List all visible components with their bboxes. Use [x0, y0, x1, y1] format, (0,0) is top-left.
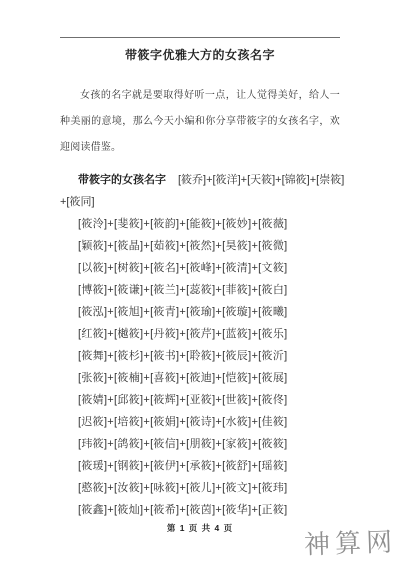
name-row: [筱泠]+[斐筱]+[筱韵]+[能筱]+[筱妙]+[筱薇]: [60, 213, 340, 235]
document-content: 带筱字优雅大方的女孩名字 女孩的名字就是要取得好听一点，让人觉得美好，给人一种美…: [0, 37, 400, 521]
header-divider: [60, 37, 340, 38]
name-row: [红筱]+[樾筱]+[丹筱]+[筱芹]+[蓝筱]+[筱乐]: [60, 323, 340, 345]
name-row: [筱泓]+[筱旭]+[筱青]+[筱瑜]+[筱璇]+[筱曦]: [60, 301, 340, 323]
names-lead-line: 带筱字的女孩名字[筱乔]+[筱洋]+[天筱]+[锦筱]+[崇筱]: [60, 169, 340, 191]
name-row: [筱婧]+[邱筱]+[筱辉]+[亚筱]+[世筱]+[筱佟]: [60, 389, 340, 411]
name-row: [张筱]+[筱楠]+[喜筱]+[筱迪]+[恺筱]+[筱展]: [60, 367, 340, 389]
name-row: [以筱]+[树筱]+[筱名]+[筱峰]+[筱清]+[文筱]: [60, 257, 340, 279]
intro-paragraph: 女孩的名字就是要取得好听一点，让人觉得美好，给人一种美丽的意境，那么今天小编和你…: [60, 83, 340, 161]
name-row: [迟筱]+[培筱]+[筱娟]+[筱诗]+[水筱]+[佳筱]: [60, 411, 340, 433]
page-title: 带筱字优雅大方的女孩名字: [60, 47, 340, 64]
section-label: 带筱字的女孩名字: [78, 174, 166, 186]
document-page: 带筱字优雅大方的女孩名字 女孩的名字就是要取得好听一点，让人觉得美好，给人一种美…: [0, 0, 400, 565]
name-row: [筱鑫]+[筱灿]+[筱希]+[筱茵]+[筱华]+[正筱]: [60, 499, 340, 521]
names-continuation-line: +[筱同]: [60, 191, 340, 213]
name-row: [博筱]+[筱谦]+[筱兰]+[蕊筱]+[菲筱]+[筱白]: [60, 279, 340, 301]
name-row: [筱瑗]+[钢筱]+[筱伊]+[承筱]+[筱舒]+[瑶筱]: [60, 455, 340, 477]
name-row: [筱舞]+[筱杉]+[筱书]+[聆筱]+[筱辰]+[筱沂]: [60, 345, 340, 367]
name-row: [颖筱]+[筱晶]+[茹筱]+[筱然]+[昊筱]+[筱微]: [60, 235, 340, 257]
names-first-group: [筱乔]+[筱洋]+[天筱]+[锦筱]+[崇筱]: [178, 174, 344, 186]
name-row: [憨筱]+[汝筱]+[咏筱]+[筱儿]+[筱文]+[筱玮]: [60, 477, 340, 499]
name-list: [筱泠]+[斐筱]+[筱韵]+[能筱]+[筱妙]+[筱薇] [颖筱]+[筱晶]+…: [60, 213, 340, 521]
name-row: [玮筱]+[鸽筱]+[筱信]+[朋筱]+[家筱]+[筱筱]: [60, 433, 340, 455]
watermark-text: 神算网: [303, 521, 397, 561]
